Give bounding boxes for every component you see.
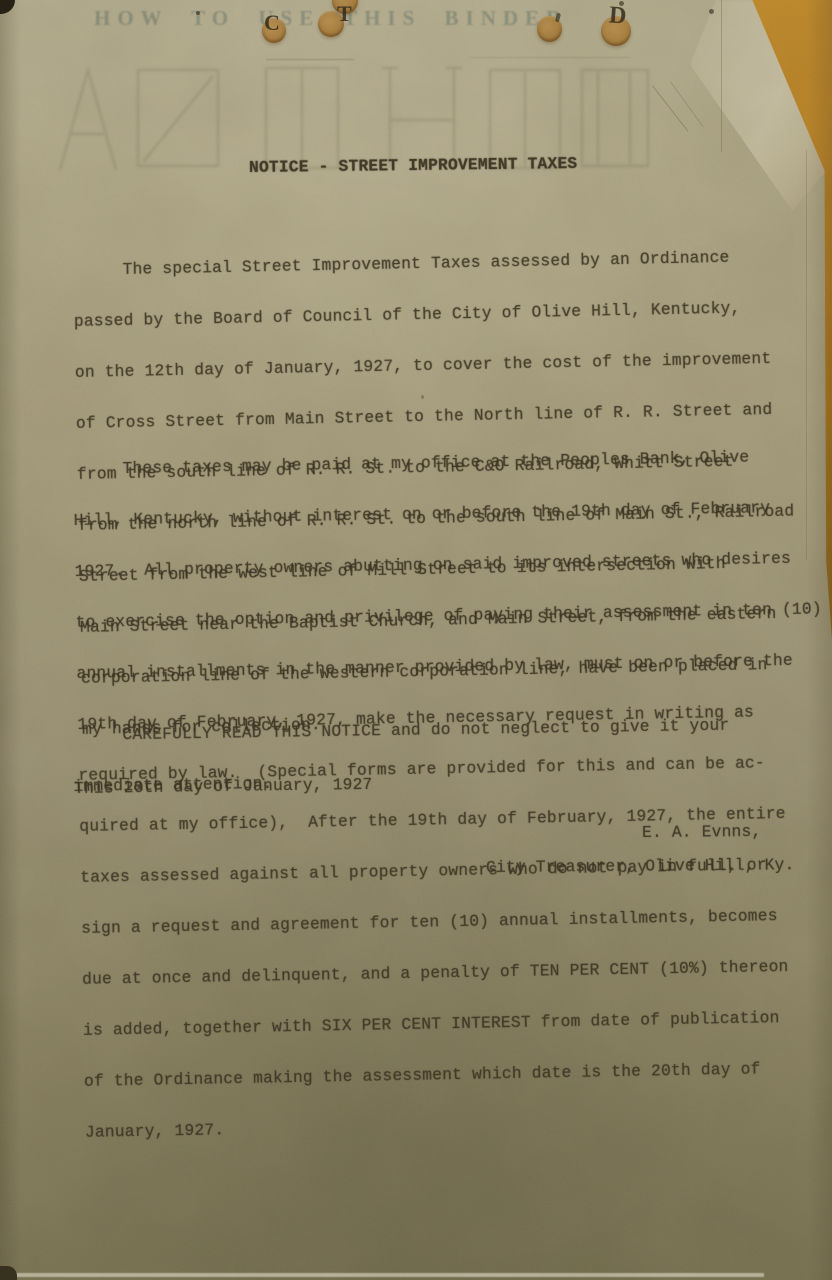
ink-speck bbox=[196, 11, 200, 15]
signature-title: City Treasurer, Olive Hill, Ky. bbox=[486, 856, 795, 876]
page-bottom-edge bbox=[12, 1273, 764, 1277]
text-line: to exercise the option and privilege of … bbox=[75, 600, 821, 631]
stamp-fragment-letter: D bbox=[608, 2, 627, 30]
scanned-document-page: HOW TO USE THIS BINDER C T D NOTICE - ST… bbox=[0, 0, 832, 1280]
stamp-fragment-letter: T bbox=[337, 1, 352, 27]
text-line: Hill, Kentucky, without interest on or b… bbox=[74, 498, 820, 529]
text-line: due at once and delinquent, and a penalt… bbox=[82, 957, 828, 988]
text-line: on the 12th day of January, 1927, to cov… bbox=[75, 350, 792, 381]
ink-speck bbox=[709, 9, 714, 14]
dateline: This 20th day of January, 1927 bbox=[74, 776, 373, 797]
text-line: The special Street Improvement Taxes ass… bbox=[73, 248, 790, 279]
document-title: NOTICE - STREET IMPROVEMENT TAXES bbox=[249, 155, 578, 176]
text-line: annual installments in the manner provid… bbox=[76, 651, 822, 682]
corner-crease-line bbox=[721, 0, 722, 152]
text-line: 1927. All property owners abutting on sa… bbox=[74, 549, 820, 580]
text-line: These taxes may be paid at my office at … bbox=[73, 447, 819, 478]
faint-pencil-mark bbox=[266, 59, 354, 60]
text-line: is added, together with SIX PER CENT INT… bbox=[83, 1008, 829, 1039]
notice-paragraph: CAREFULLY READ THIS NOTICE and do not ne… bbox=[72, 683, 731, 829]
stamp-fragment-letter: C bbox=[264, 10, 280, 36]
text-line: January, 1927. bbox=[85, 1110, 831, 1141]
signature-name: E. A. Evnns, bbox=[642, 823, 762, 841]
faint-pencil-mark bbox=[470, 57, 630, 58]
ink-speck bbox=[619, 1, 624, 6]
text-line: passed by the Board of Council of the Ci… bbox=[74, 299, 791, 330]
text-line: of the Ordinance making the assessment w… bbox=[84, 1059, 830, 1090]
text-line: sign a request and agreement for ten (10… bbox=[81, 906, 827, 937]
text-line: CAREFULLY READ THIS NOTICE and do not ne… bbox=[73, 717, 730, 744]
